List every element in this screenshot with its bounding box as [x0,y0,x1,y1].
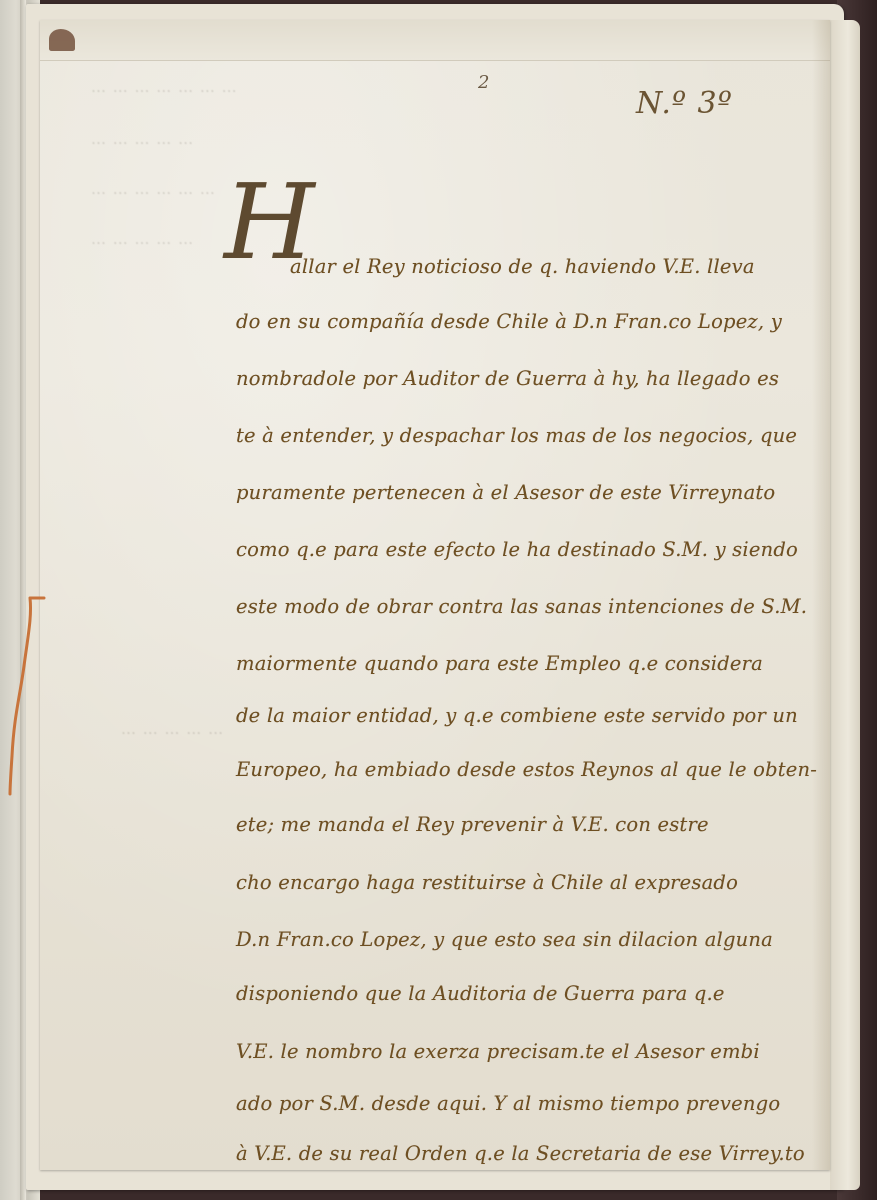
text-line: à V.E. de su real Orden q.e la Secretari… [236,1142,818,1165]
binding-thread [4,596,48,796]
text-line: como q.e para este efecto le ha destinad… [236,538,818,561]
manuscript-page: … … … … … … … … … … … … … … … … … … … … … [40,20,830,1170]
text-line: de la maior entidad, y q.e combiene este… [236,704,818,727]
text-line: puramente pertenecen à el Asesor de este… [236,481,818,504]
text-line: D.n Fran.co Lopez, y que esto sea sin di… [236,928,818,951]
text-line: V.E. le nombro la exerza precisam.te el … [236,1040,818,1063]
text-line: ete; me manda el Rey prevenir à V.E. con… [236,813,818,836]
text-line: cho encargo haga restituirse à Chile al … [236,871,818,894]
manuscript-body: H allar el Rey noticioso de q. haviendo … [40,20,830,1170]
text-line: te à entender, y despachar los mas de lo… [236,424,818,447]
text-line: ado por S.M. desde aqui. Y al mismo tiem… [236,1092,818,1115]
text-line: nombradole por Auditor de Guerra à hy, h… [236,367,818,390]
text-line: maiormente quando para este Empleo q.e c… [236,652,818,675]
text-line: allar el Rey noticioso de q. haviendo V.… [290,255,820,278]
text-line: este modo de obrar contra las sanas inte… [236,595,818,618]
text-line: do en su compañía desde Chile à D.n Fran… [236,310,818,333]
text-line: disponiendo que la Auditoria de Guerra p… [236,982,818,1005]
text-line: Europeo, ha embiado desde estos Reynos a… [236,758,818,781]
underlying-sheet-right-edge [830,20,860,1190]
